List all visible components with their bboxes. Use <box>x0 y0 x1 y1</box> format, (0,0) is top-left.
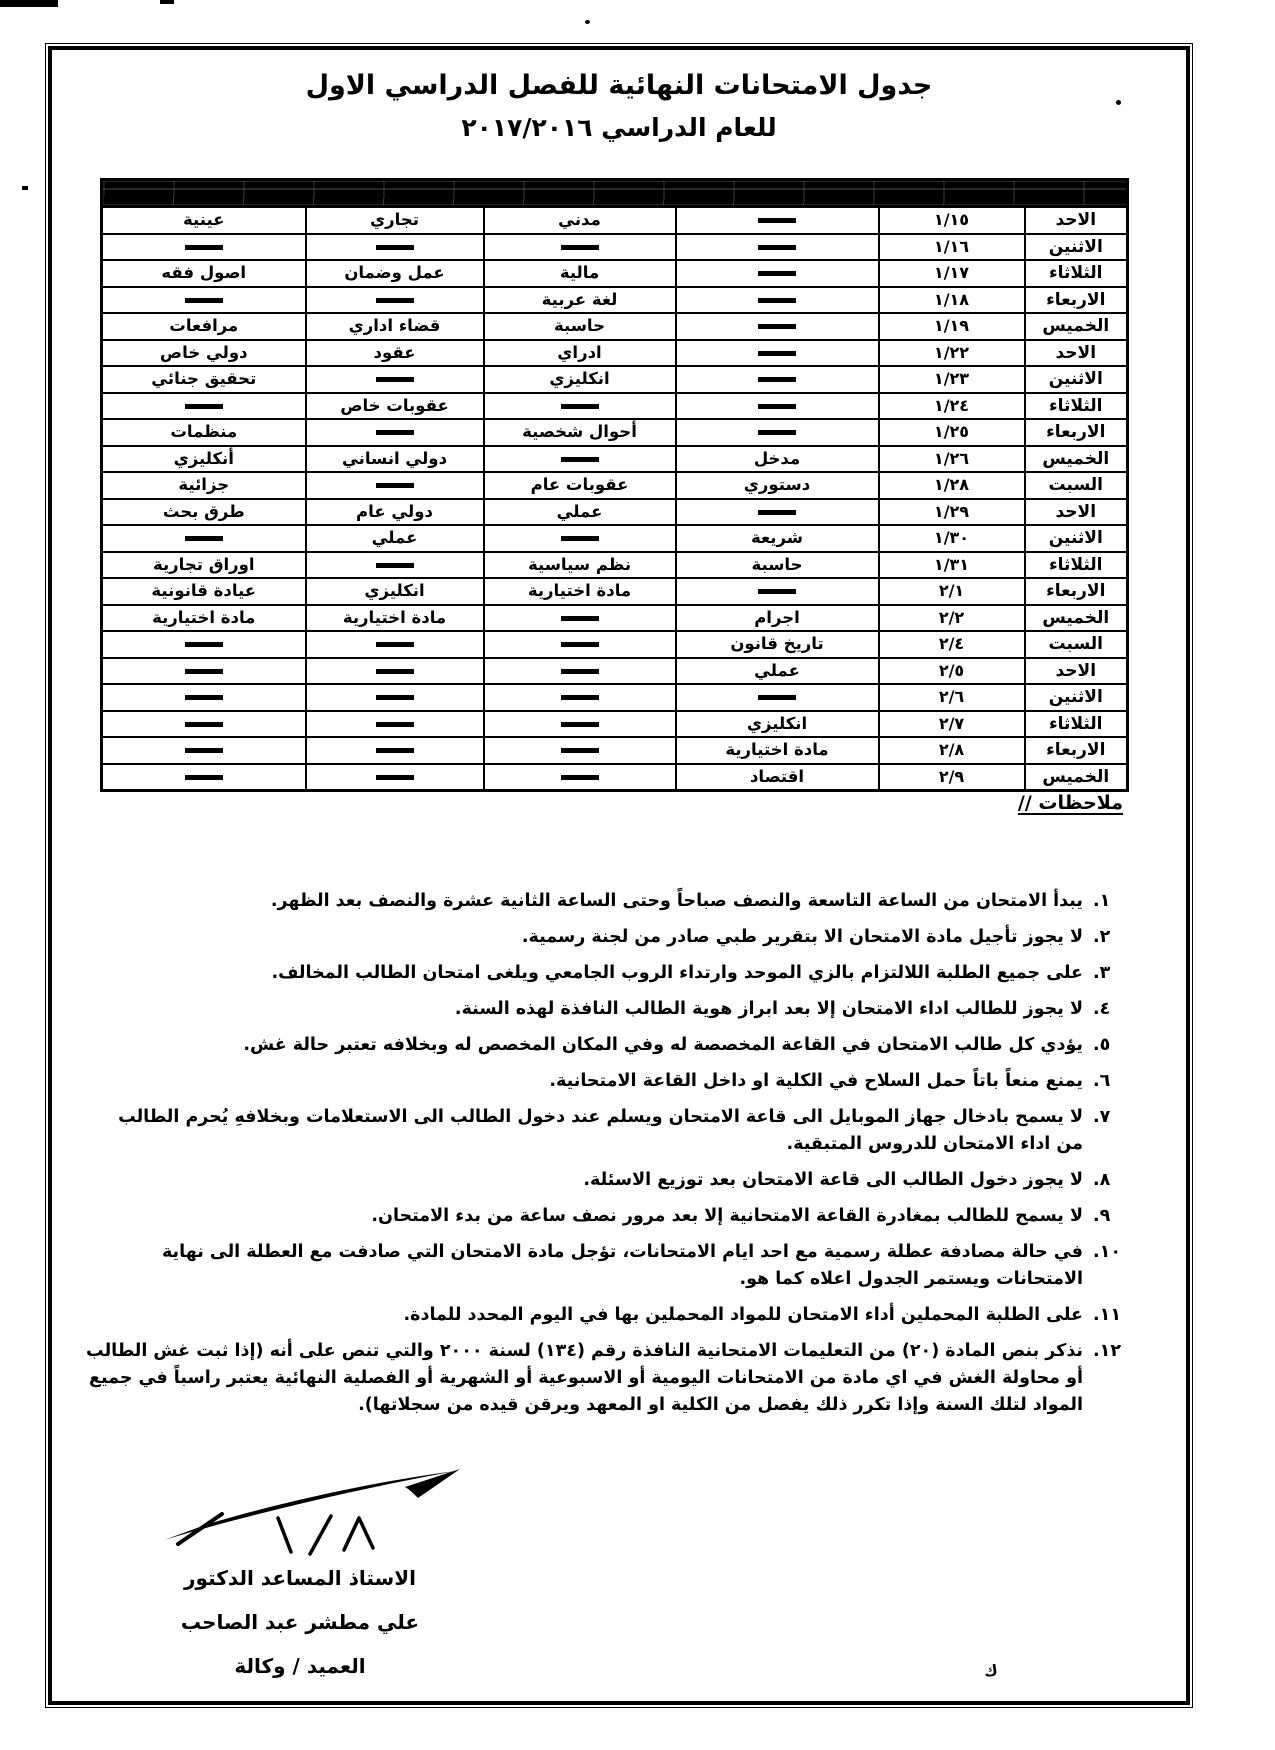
dash-placeholder <box>376 695 414 700</box>
signatory-role: العميد / وكالة <box>140 1644 460 1688</box>
dash-placeholder <box>376 298 414 303</box>
subject-cell: لغة عربية <box>484 287 676 314</box>
date-value: ٢/١ <box>939 579 964 603</box>
day-cell: السبت <box>1025 631 1128 658</box>
subject-cell: أنكليزي <box>102 446 306 473</box>
table-row: الاثنين ١/١٦ <box>102 234 1128 261</box>
day-cell: الاحد <box>1025 207 1128 234</box>
subject-cell: اصول فقه <box>102 260 306 287</box>
date-cell: ٢/٧ <box>879 711 1025 738</box>
subject-cell <box>676 340 879 367</box>
dash-placeholder <box>185 536 223 541</box>
note-number: ٩. <box>1093 1203 1123 1230</box>
date-cell: ١/٢٩ <box>879 499 1025 526</box>
date-value: ١/٢٣ <box>934 367 969 391</box>
note-item: ٣. على جميع الطلبة اللالتزام بالزي الموح… <box>86 960 1123 987</box>
day-cell: الخميس <box>1025 764 1128 791</box>
dash-placeholder <box>376 669 414 674</box>
note-text: على جميع الطلبة اللالتزام بالزي الموحد و… <box>86 960 1083 987</box>
subject-cell <box>102 764 306 791</box>
day-cell: الخميس <box>1025 313 1128 340</box>
date-value: ١/١٥ <box>934 208 969 232</box>
date-cell: ٢/٦ <box>879 684 1025 711</box>
date-value: ١/٢٩ <box>934 500 969 524</box>
subject-cell <box>484 737 676 764</box>
subject-cell <box>306 552 484 579</box>
subject-cell <box>484 684 676 711</box>
date-cell: ١/٢٣ <box>879 366 1025 393</box>
note-number: ٨. <box>1093 1167 1123 1194</box>
subject-cell: عقوبات خاص <box>306 393 484 420</box>
subject-cell: شريعة <box>676 525 879 552</box>
subject-cell: انكليزي <box>676 711 879 738</box>
subject-cell <box>306 764 484 791</box>
note-number: ٢. <box>1093 924 1123 951</box>
subject-cell <box>306 658 484 685</box>
note-number: ٧. <box>1093 1104 1123 1158</box>
note-text: لا يجوز للطالب اداء الامتحان إلا بعد ابر… <box>86 996 1083 1023</box>
note-item: ٢. لا يجوز تأجيل مادة الامتحان الا بتقري… <box>86 924 1123 951</box>
subject-cell <box>306 366 484 393</box>
subject-cell: قضاء اداري <box>306 313 484 340</box>
day-cell: الثلاثاء <box>1025 393 1128 420</box>
notes-list: ١. يبدأ الامتحان من الساعة التاسعة والنص… <box>86 888 1123 1419</box>
subject-cell: مدني <box>484 207 676 234</box>
table-row: الخميس ١/١٩ حاسبة قضاء اداري مرافعات <box>102 313 1128 340</box>
scan-artifact <box>585 20 590 24</box>
subject-cell <box>102 684 306 711</box>
table-row: الثلاثاء ١/١٧ مالية عمل وضمان اصول فقه <box>102 260 1128 287</box>
subject-cell: مادة اختيارية <box>676 737 879 764</box>
subject-cell: دولي عام <box>306 499 484 526</box>
note-item: ٧. لا يسمح بادخال جهاز الموبايل الى قاعة… <box>86 1104 1123 1158</box>
subject-cell: عملي <box>676 658 879 685</box>
dash-placeholder <box>758 377 796 382</box>
note-number: ١. <box>1093 888 1123 915</box>
subject-cell <box>306 684 484 711</box>
table-row: الخميس ١/٢٦ مدخل دولي انساني أنكليزي <box>102 446 1128 473</box>
subject-cell: عمل وضمان <box>306 260 484 287</box>
title-academic-year: ٢٠١٧/٢٠١٦ <box>461 108 592 148</box>
table-row: السبت ٢/٤ تاريخ قانون <box>102 631 1128 658</box>
table-row: الخميس ٢/٩ اقتصاد <box>102 764 1128 791</box>
date-cell: ٢/٩ <box>879 764 1025 791</box>
table-row: الاربعاء ٢/٨ مادة اختيارية <box>102 737 1128 764</box>
dash-placeholder <box>758 245 796 250</box>
subject-cell <box>102 631 306 658</box>
table-row: الثلاثاء ٢/٧ انكليزي <box>102 711 1128 738</box>
subject-cell: طرق بحث <box>102 499 306 526</box>
notes-heading: ملاحظات // <box>86 792 1123 814</box>
date-cell: ٢/٨ <box>879 737 1025 764</box>
date-cell: ٢/٤ <box>879 631 1025 658</box>
subject-cell: عينية <box>102 207 306 234</box>
day-cell: الخميس <box>1025 605 1128 632</box>
dash-placeholder <box>376 722 414 727</box>
note-text: لا يسمح للطالب بمغادرة القاعة الامتحانية… <box>86 1203 1083 1230</box>
dash-placeholder <box>376 430 414 435</box>
subject-cell <box>484 393 676 420</box>
table-row: الخميس ٢/٢ اجرام مادة اختيارية مادة اختي… <box>102 605 1128 632</box>
date-cell: ١/٢٢ <box>879 340 1025 367</box>
day-cell: الاربعاء <box>1025 419 1128 446</box>
dash-placeholder <box>758 271 796 276</box>
note-text: في حالة مصادفة عطلة رسمية مع احد ايام ال… <box>86 1239 1083 1293</box>
note-item: ٥. يؤدي كل طالب الامتحان في القاعة المخص… <box>86 1032 1123 1059</box>
subject-cell: دولي انساني <box>306 446 484 473</box>
date-cell: ١/١٥ <box>879 207 1025 234</box>
subject-cell: حاسبة <box>676 552 879 579</box>
subject-cell <box>676 287 879 314</box>
day-cell: الثلاثاء <box>1025 552 1128 579</box>
day-cell: الاثنين <box>1025 684 1128 711</box>
note-item: ١. يبدأ الامتحان من الساعة التاسعة والنص… <box>86 888 1123 915</box>
dash-placeholder <box>561 616 599 621</box>
subject-cell: مرافعات <box>102 313 306 340</box>
table-row: الاثنين ١/٢٣ انكليزي تحقيق جنائي <box>102 366 1128 393</box>
subject-cell <box>306 631 484 658</box>
dash-placeholder <box>185 245 223 250</box>
date-value: ١/٢٨ <box>934 473 969 497</box>
date-value: ٢/٩ <box>939 765 964 789</box>
day-cell: الثلاثاء <box>1025 260 1128 287</box>
date-value: ٢/٦ <box>939 685 964 709</box>
note-text: لا يسمح بادخال جهاز الموبايل الى قاعة ال… <box>86 1104 1083 1158</box>
day-cell: الاثنين <box>1025 366 1128 393</box>
table-row: الاثنين ١/٣٠ شريعة عملي <box>102 525 1128 552</box>
signature-block: الاستاذ المساعد الدكتور علي مطشر عبد الص… <box>140 1556 460 1688</box>
dash-placeholder <box>758 430 796 435</box>
date-value: ١/١٩ <box>934 314 969 338</box>
date-cell: ٢/٢ <box>879 605 1025 632</box>
day-cell: الاربعاء <box>1025 578 1128 605</box>
dash-placeholder <box>376 245 414 250</box>
note-item: ١٢. نذكر بنص المادة (٢٠) من التعليمات ال… <box>86 1338 1123 1419</box>
subject-cell: ادراي <box>484 340 676 367</box>
subject-cell: اجرام <box>676 605 879 632</box>
dash-placeholder <box>758 324 796 329</box>
date-value: ١/٣٠ <box>934 526 969 550</box>
dash-placeholder <box>561 457 599 462</box>
note-item: ٨. لا يجوز دخول الطالب الى قاعة الامتحان… <box>86 1167 1123 1194</box>
table-row: الاربعاء ١/١٨ لغة عربية <box>102 287 1128 314</box>
document-title: جدول الامتحانات النهائية للفصل الدراسي ا… <box>52 66 1186 148</box>
date-cell: ١/٢٨ <box>879 472 1025 499</box>
day-cell: الاثنين <box>1025 525 1128 552</box>
subject-cell <box>484 631 676 658</box>
note-number: ٦. <box>1093 1068 1123 1095</box>
date-value: ١/١٨ <box>934 288 969 312</box>
scan-artifact <box>160 0 174 4</box>
dash-placeholder <box>185 722 223 727</box>
note-text: على الطلبة المحملين أداء الامتحان للمواد… <box>86 1302 1083 1329</box>
dash-placeholder <box>758 404 796 409</box>
scan-artifact <box>1116 100 1121 105</box>
signatory-name: علي مطشر عبد الصاحب <box>140 1600 460 1644</box>
subject-cell <box>676 260 879 287</box>
dash-placeholder <box>376 377 414 382</box>
date-value: ١/١٧ <box>934 261 969 285</box>
subject-cell: أحوال شخصية <box>484 419 676 446</box>
subject-cell: مالية <box>484 260 676 287</box>
date-value: ١/٢٤ <box>934 394 969 418</box>
dash-placeholder <box>758 218 796 223</box>
subject-cell: منظمات <box>102 419 306 446</box>
subject-cell <box>306 711 484 738</box>
dash-placeholder <box>561 536 599 541</box>
date-cell: ١/٣٠ <box>879 525 1025 552</box>
date-value: ٢/٧ <box>939 712 964 736</box>
dash-placeholder <box>758 298 796 303</box>
subject-cell <box>102 737 306 764</box>
subject-cell <box>484 525 676 552</box>
table-header-band-scan-smudge <box>102 180 1128 207</box>
subject-cell: عقوبات عام <box>484 472 676 499</box>
note-number: ١٠. <box>1093 1239 1123 1293</box>
subject-cell <box>306 234 484 261</box>
date-cell: ١/٣١ <box>879 552 1025 579</box>
date-cell: ١/١٧ <box>879 260 1025 287</box>
dash-placeholder <box>758 695 796 700</box>
dash-placeholder <box>185 775 223 780</box>
subject-cell <box>676 207 879 234</box>
dash-placeholder <box>376 563 414 568</box>
table-row: الثلاثاء ١/٣١ حاسبة نظم سياسية اوراق تجا… <box>102 552 1128 579</box>
subject-cell <box>102 711 306 738</box>
subject-cell: اوراق تجارية <box>102 552 306 579</box>
note-item: ٤. لا يجوز للطالب اداء الامتحان إلا بعد … <box>86 996 1123 1023</box>
note-text: لا يجوز تأجيل مادة الامتحان الا بتقرير ط… <box>86 924 1083 951</box>
subject-cell <box>484 711 676 738</box>
date-cell: ٢/٥ <box>879 658 1025 685</box>
subject-cell: حاسبة <box>484 313 676 340</box>
day-cell: الاربعاء <box>1025 737 1128 764</box>
dash-placeholder <box>376 748 414 753</box>
table-row: الاثنين ٢/٦ <box>102 684 1128 711</box>
subject-cell <box>102 658 306 685</box>
day-cell: الخميس <box>1025 446 1128 473</box>
scan-artifact <box>0 0 58 7</box>
subject-cell: تجاري <box>306 207 484 234</box>
dash-placeholder <box>561 404 599 409</box>
exam-schedule-table: الاحد ١/١٥ مدني تجاري عينية الاثنين ١/١٦… <box>100 178 1129 792</box>
dash-placeholder <box>376 775 414 780</box>
subject-cell <box>102 525 306 552</box>
dash-placeholder <box>185 298 223 303</box>
subject-cell <box>484 234 676 261</box>
date-value: ٢/٤ <box>939 632 964 656</box>
dash-placeholder <box>185 669 223 674</box>
table-row: الاربعاء ١/٢٥ أحوال شخصية منظمات <box>102 419 1128 446</box>
note-item: ٩. لا يسمح للطالب بمغادرة القاعة الامتحا… <box>86 1203 1123 1230</box>
subject-cell: نظم سياسية <box>484 552 676 579</box>
dash-placeholder <box>561 695 599 700</box>
day-cell: الاربعاء <box>1025 287 1128 314</box>
subject-cell <box>306 472 484 499</box>
table-header-row <box>102 180 1128 207</box>
table-row: الاربعاء ٢/١ مادة اختيارية انكليزي عيادة… <box>102 578 1128 605</box>
dash-placeholder <box>185 748 223 753</box>
subject-cell <box>676 234 879 261</box>
date-cell: ١/٢٦ <box>879 446 1025 473</box>
date-cell: ١/٢٥ <box>879 419 1025 446</box>
subject-cell <box>484 446 676 473</box>
dash-placeholder <box>758 351 796 356</box>
dash-placeholder <box>561 748 599 753</box>
date-value: ١/٢٦ <box>934 447 969 471</box>
subject-cell: دستوري <box>676 472 879 499</box>
subject-cell <box>484 764 676 791</box>
subject-cell: انكليزي <box>484 366 676 393</box>
date-value: ٢/٨ <box>939 738 964 762</box>
scanned-exam-schedule-page: { "page": { "title_line1": "جدول الامتحا… <box>0 0 1275 1750</box>
subject-cell <box>306 737 484 764</box>
subject-cell: عيادة قانونية <box>102 578 306 605</box>
date-value: ١/٢٢ <box>934 341 969 365</box>
subject-cell: مدخل <box>676 446 879 473</box>
note-item: ١١. على الطلبة المحملين أداء الامتحان لل… <box>86 1302 1123 1329</box>
subject-cell <box>676 313 879 340</box>
subject-cell: مادة اختيارية <box>484 578 676 605</box>
day-cell: الاحد <box>1025 340 1128 367</box>
dash-placeholder <box>185 695 223 700</box>
title-year-prefix: للعام الدراسي <box>601 113 776 142</box>
note-number: ٤. <box>1093 996 1123 1023</box>
subject-cell <box>676 393 879 420</box>
note-text: يؤدي كل طالب الامتحان في القاعة المخصصة … <box>86 1032 1083 1059</box>
day-cell: الاحد <box>1025 499 1128 526</box>
subject-cell <box>676 578 879 605</box>
table-row: الاحد ١/٢٢ ادراي عقود دولي خاص <box>102 340 1128 367</box>
dash-placeholder <box>376 642 414 647</box>
date-value: ١/١٦ <box>934 235 969 259</box>
date-cell: ١/١٦ <box>879 234 1025 261</box>
subject-cell <box>306 419 484 446</box>
subject-cell <box>306 287 484 314</box>
date-value: ١/٢٥ <box>934 420 969 444</box>
handwritten-corner-mark: ك <box>983 1661 999 1681</box>
subject-cell <box>484 658 676 685</box>
table-row: الاحد ٢/٥ عملي <box>102 658 1128 685</box>
note-text: لا يجوز دخول الطالب الى قاعة الامتحان بع… <box>86 1167 1083 1194</box>
day-cell: الثلاثاء <box>1025 711 1128 738</box>
dash-placeholder <box>185 404 223 409</box>
date-cell: ١/١٨ <box>879 287 1025 314</box>
subject-cell: انكليزي <box>306 578 484 605</box>
subject-cell: مادة اختيارية <box>102 605 306 632</box>
title-line-1: جدول الامتحانات النهائية للفصل الدراسي ا… <box>52 66 1186 106</box>
subject-cell <box>676 499 879 526</box>
note-item: ٦. يمنع منعاً باتاً حمل السلاح في الكلية… <box>86 1068 1123 1095</box>
dash-placeholder <box>376 483 414 488</box>
subject-cell <box>676 366 879 393</box>
note-text: يبدأ الامتحان من الساعة التاسعة والنصف ص… <box>86 888 1083 915</box>
note-number: ٥. <box>1093 1032 1123 1059</box>
date-cell: ١/١٩ <box>879 313 1025 340</box>
date-value: ٢/٥ <box>939 659 964 683</box>
note-number: ١١. <box>1093 1302 1123 1329</box>
subject-cell: عملي <box>484 499 676 526</box>
dash-placeholder <box>758 589 796 594</box>
table-row: السبت ١/٢٨ دستوري عقوبات عام جزائية <box>102 472 1128 499</box>
dash-placeholder <box>758 510 796 515</box>
dash-placeholder <box>561 722 599 727</box>
subject-cell: تحقيق جنائي <box>102 366 306 393</box>
day-cell: الاثنين <box>1025 234 1128 261</box>
subject-cell <box>676 419 879 446</box>
note-number: ١٢. <box>1093 1338 1123 1419</box>
date-value: ٢/٢ <box>939 606 964 630</box>
subject-cell: مادة اختيارية <box>306 605 484 632</box>
subject-cell <box>102 234 306 261</box>
note-item: ١٠. في حالة مصادفة عطلة رسمية مع احد ايا… <box>86 1239 1123 1293</box>
dash-placeholder <box>561 669 599 674</box>
dash-placeholder <box>185 642 223 647</box>
notes-section: ملاحظات // ١. يبدأ الامتحان من الساعة ال… <box>86 792 1123 1428</box>
subject-cell: عقود <box>306 340 484 367</box>
subject-cell: عملي <box>306 525 484 552</box>
day-cell: السبت <box>1025 472 1128 499</box>
date-value: ١/٣١ <box>934 553 969 577</box>
note-text: يمنع منعاً باتاً حمل السلاح في الكلية او… <box>86 1068 1083 1095</box>
dash-placeholder <box>561 642 599 647</box>
table-row: الاحد ١/١٥ مدني تجاري عينية <box>102 207 1128 234</box>
subject-cell: اقتصاد <box>676 764 879 791</box>
dash-placeholder <box>561 775 599 780</box>
table-row: الثلاثاء ١/٢٤ عقوبات خاص <box>102 393 1128 420</box>
day-cell: الاحد <box>1025 658 1128 685</box>
subject-cell: جزائية <box>102 472 306 499</box>
subject-cell <box>484 605 676 632</box>
subject-cell <box>102 393 306 420</box>
signatory-title: الاستاذ المساعد الدكتور <box>140 1556 460 1600</box>
dash-placeholder <box>561 245 599 250</box>
note-text: نذكر بنص المادة (٢٠) من التعليمات الامتح… <box>86 1338 1083 1419</box>
table-row: الاحد ١/٢٩ عملي دولي عام طرق بحث <box>102 499 1128 526</box>
subject-cell <box>102 287 306 314</box>
date-cell: ١/٢٤ <box>879 393 1025 420</box>
handwritten-signature <box>160 1462 470 1562</box>
scan-artifact <box>22 186 28 190</box>
subject-cell: تاريخ قانون <box>676 631 879 658</box>
subject-cell: دولي خاص <box>102 340 306 367</box>
subject-cell <box>676 684 879 711</box>
note-number: ٣. <box>1093 960 1123 987</box>
date-cell: ٢/١ <box>879 578 1025 605</box>
title-line-2: للعام الدراسي ٢٠١٧/٢٠١٦ <box>52 108 1186 148</box>
